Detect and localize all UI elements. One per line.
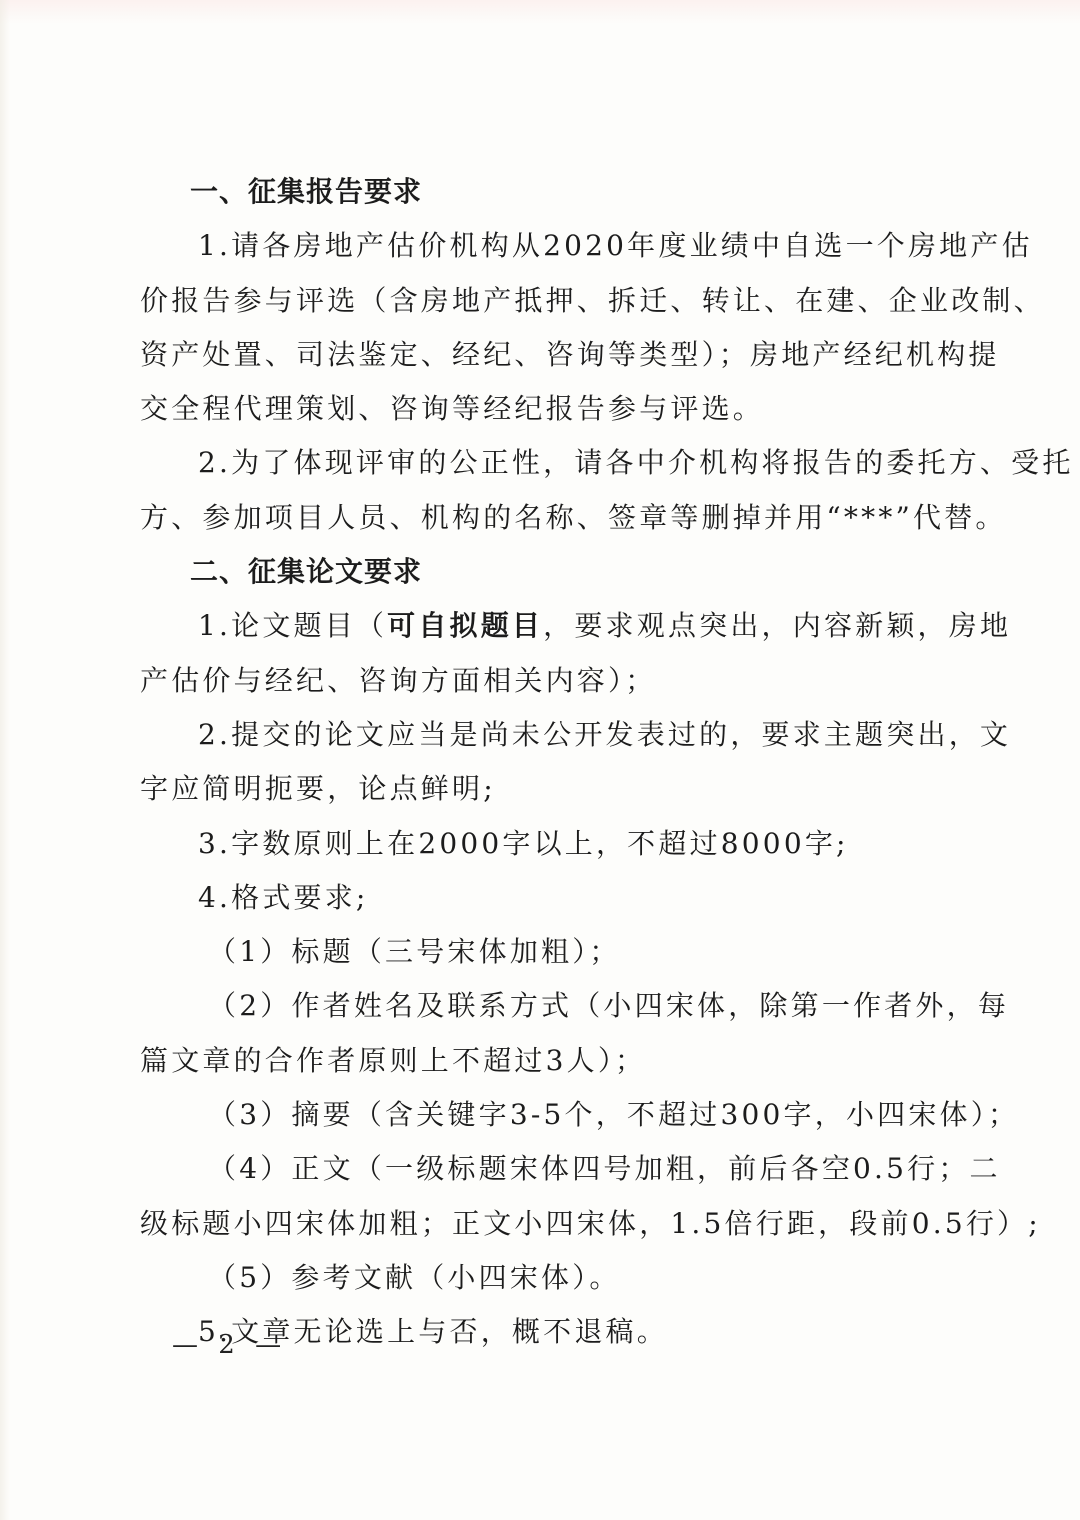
paper-edge-left — [0, 0, 10, 1520]
format-sub-item-2: （2）作者姓名及联系方式（小四宋体，除第一作者外，每 篇文章的合作者原则上不超过… — [140, 979, 940, 1088]
paper-item-1: 1.论文题目（可自拟题目，要求观点突出，内容新颖，房地 产估价与经纪、咨询方面相… — [140, 599, 940, 708]
paper-item-3: 3.字数原则上在2000字以上，不超过8000字; — [140, 817, 940, 871]
format-sub-item-1: （1）标题（三号宋体加粗）； — [140, 925, 940, 979]
report-item-2: 2.为了体现评审的公正性，请各中介机构将报告的委托方、受托 方、参加项目人员、机… — [140, 436, 940, 545]
paper-item-2: 2.提交的论文应当是尚未公开发表过的，要求主题突出，文 字应简明扼要，论点鲜明; — [140, 708, 940, 817]
paragraph-line: 资产处置、司法鉴定、经纪、咨询等类型）；房地产经纪机构提 — [140, 328, 940, 382]
format-sub-item-5: （5）参考文献（小四宋体）。 — [140, 1251, 940, 1305]
page-number: — 2 — — [172, 1330, 287, 1360]
paragraph-line: 交全程代理策划、咨询等经纪报告参与评选。 — [140, 382, 940, 436]
format-sub-item-3: （3）摘要（含关键字3-5个，不超过300字，小四宋体）； — [140, 1088, 940, 1142]
paragraph-line: 篇文章的合作者原则上不超过3人）； — [140, 1034, 940, 1088]
section-heading-paper-requirements: 二、征集论文要求 — [140, 545, 940, 599]
paragraph-line: 2.为了体现评审的公正性，请各中介机构将报告的委托方、受托 — [140, 436, 940, 490]
document-page: 一、征集报告要求 1.请各房地产估价机构从2020年度业绩中自选一个房地产估 价… — [140, 165, 940, 1360]
paragraph-line: 方、参加项目人员、机构的名称、签章等删掉并用“***”代替。 — [140, 491, 940, 545]
paper-edge-top — [0, 0, 1080, 24]
paragraph-line: 1.论文题目（可自拟题目，要求观点突出，内容新颖，房地 — [140, 599, 940, 653]
paragraph-line: 价报告参与评选（含房地产抵押、拆迁、转让、在建、企业改制、 — [140, 274, 940, 328]
paragraph-line: 2.提交的论文应当是尚未公开发表过的，要求主题突出，文 — [140, 708, 940, 762]
paper-item-4-label: 4.格式要求; — [140, 871, 940, 925]
paragraph-line: （2）作者姓名及联系方式（小四宋体，除第一作者外，每 — [140, 979, 940, 1033]
paragraph-line: （4）正文（一级标题宋体四号加粗，前后各空0.5行；二 — [140, 1142, 940, 1196]
paragraph-line: 产估价与经纪、咨询方面相关内容）； — [140, 654, 940, 708]
paragraph-line: 级标题小四宋体加粗；正文小四宋体，1.5倍行距，段前0.5行）; — [140, 1197, 940, 1251]
bold-emphasis: 可自拟题目 — [387, 609, 543, 642]
paragraph-line: 字应简明扼要，论点鲜明; — [140, 762, 940, 816]
report-item-1: 1.请各房地产估价机构从2020年度业绩中自选一个房地产估 价报告参与评选（含房… — [140, 219, 940, 436]
format-sub-item-4: （4）正文（一级标题宋体四号加粗，前后各空0.5行；二 级标题小四宋体加粗；正文… — [140, 1142, 940, 1251]
text-run: 1.论文题目（ — [198, 609, 387, 642]
paragraph-line: 1.请各房地产估价机构从2020年度业绩中自选一个房地产估 — [140, 219, 940, 273]
text-run: ，要求观点突出，内容新颖，房地 — [543, 609, 1011, 642]
section-heading-report-requirements: 一、征集报告要求 — [140, 165, 940, 219]
